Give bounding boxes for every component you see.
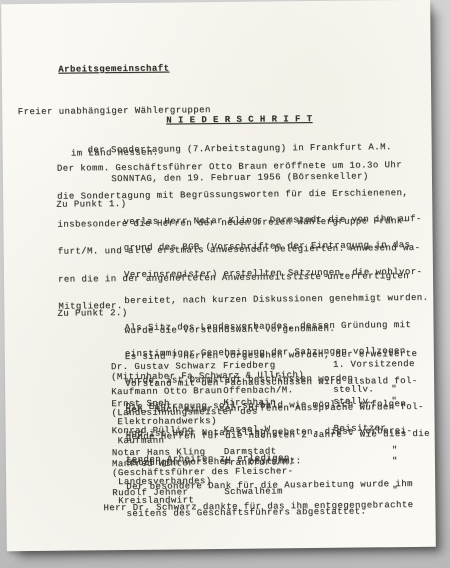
text-line: grund des BGB (Vorschriften der Eintragu… [124, 241, 430, 253]
member-city: Kassel-W. [224, 425, 277, 434]
ditto-mark: " [391, 397, 397, 406]
scanned-document-page: Arbeitsgemeinschaft Freier unabhängiger … [1, 0, 436, 551]
member-role: 1. Vorsitzende [333, 360, 415, 370]
ditto-mark: " [391, 385, 397, 394]
document-title: N I E D E R S C H R I F T [84, 114, 394, 127]
text-line: Vereinsregister) erstellten Satzungen, d… [124, 268, 430, 280]
member-detail: Landesverbandes) [112, 477, 212, 487]
ditto-mark: " [392, 446, 398, 455]
member-name: Notar Hans Kling [112, 448, 206, 458]
board-members-table: Dr. Gustav Schwarz Friedberg 1. Vorsitze… [111, 360, 433, 511]
table-row: Konrad Pülling Kassel-W. Beisitzer [112, 424, 432, 436]
member-name: Kaufmann Otto Braun [111, 387, 222, 397]
text-line: Der komm. Geschäftsführer Otto Braun erö… [57, 161, 409, 174]
member-detail: (Mitinhaber Fa.Schwarz & Ullrich) [111, 371, 304, 382]
member-city: Friedberg [223, 361, 276, 370]
member-city: Darmstadt [224, 447, 277, 456]
member-detail: Kaufmann [112, 437, 165, 446]
member-role: stellv. [333, 397, 374, 406]
ditto-mark: " [392, 486, 398, 495]
ditto-mark: " [392, 457, 398, 466]
text-line: verlas Herr Notar Kling, Darmstadt die v… [123, 214, 429, 226]
member-name: Konrad Pülling [112, 426, 194, 436]
agenda-item-2-label: Zu Punkt 2.) [57, 309, 127, 319]
member-role: Beisitzer [334, 424, 387, 433]
member-city: Offenbach/M. [223, 386, 293, 396]
text-line: bereitet, nach kurzen Diskussionen geneh… [124, 294, 430, 306]
org-name: Arbeitsgemeinschaft [16, 61, 212, 77]
agenda-item-1-label: Zu Punkt 1.) [56, 200, 126, 210]
text-line: wurde die Vorstandswahl vorgenommen. [125, 323, 435, 335]
member-role: stellv. [333, 385, 374, 394]
table-row: Kaufmann Otto Braun Offenbach/M. stellv.… [111, 385, 431, 397]
member-city: Schwalheim [224, 487, 283, 496]
table-row: Notar Hans Kling Darmstadt " [112, 446, 432, 458]
